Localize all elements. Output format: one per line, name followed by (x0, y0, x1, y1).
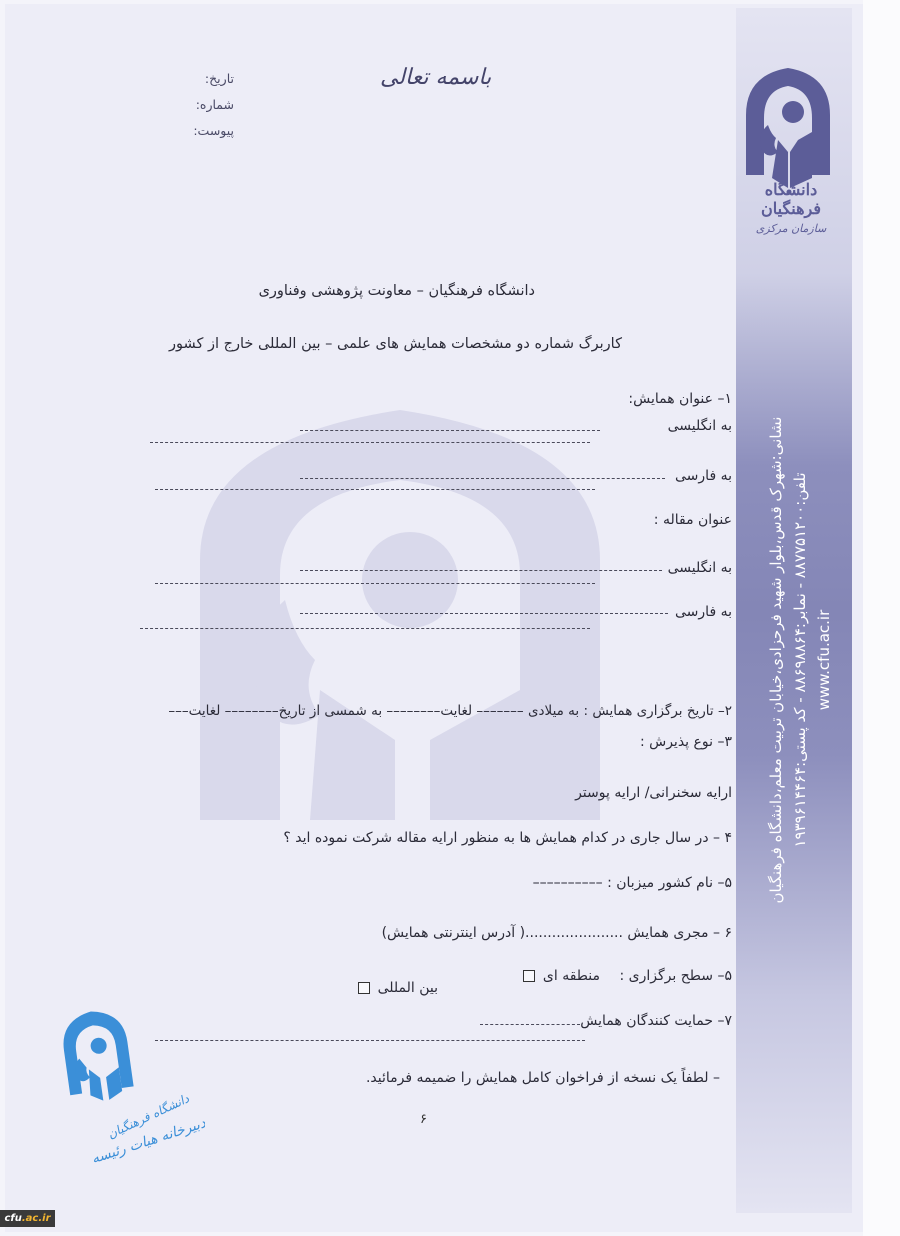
article-english-field-line2[interactable] (155, 583, 595, 584)
watermark-logo-icon (160, 400, 640, 820)
level-international-checkbox[interactable] (358, 982, 370, 994)
q3-label: ۳– نوع پذیرش : (640, 734, 732, 750)
q3-options: ارایه سخنرانی/ ارایه پوستر (575, 785, 732, 801)
invocation-heading: باسمه تعالی (380, 65, 491, 90)
article-farsi-field-line2[interactable] (140, 628, 590, 629)
site-badge-main: cfu (4, 1213, 21, 1224)
site-badge-suffix: .ac.ir (22, 1213, 51, 1224)
attachment-label: پیوست: (140, 118, 234, 144)
q7-sponsors-label: ۷– حمایت کنندگان همایش (580, 1013, 732, 1029)
site-badge[interactable]: cfu.ac.ir (0, 1210, 55, 1227)
number-label: شماره: (140, 92, 234, 118)
q1-farsi-field[interactable] (300, 478, 665, 479)
level-regional-label: منطقه ای (543, 968, 600, 984)
article-title-label: عنوان مقاله : (654, 512, 732, 528)
q7-sponsors-field-line1[interactable] (480, 1024, 580, 1025)
q5-country-label: ۵– نام کشور میزبان : –––––––––– (533, 875, 732, 891)
q1-english-field-line2[interactable] (150, 442, 590, 443)
q5-level-label: ۵– سطح برگزاری : (620, 968, 732, 984)
date-label: تاریخ: (140, 66, 234, 92)
article-english-label: به انگلیسی (668, 560, 732, 576)
attachment-note: – لطفاً یک نسخه از فراخوان کامل همایش را… (366, 1070, 720, 1086)
logo-caption: دانشگاه فرهنگیان سازمان مرکزی (736, 180, 846, 235)
level-regional-option[interactable]: منطقه ای (520, 968, 600, 984)
letter-meta: تاریخ: شماره: پیوست: (140, 66, 234, 144)
q1-farsi-label: به فارسی (675, 468, 732, 484)
q7-sponsors-field-line2[interactable] (155, 1040, 585, 1041)
q1-label: ۱– عنوان همایش: (628, 391, 732, 407)
website-text: www.cfu.ac.ir (812, 417, 836, 904)
article-farsi-field[interactable] (300, 613, 668, 614)
logo-subtitle: سازمان مرکزی (736, 222, 846, 235)
q6-organizer-label: ۶ – مجری همایش ......................( آ… (382, 925, 732, 941)
level-international-label: بین المللی (378, 980, 438, 996)
page-number: ۶ (420, 1112, 427, 1127)
article-farsi-label: به فارسی (675, 604, 732, 620)
q2-date-row: ۲– تاریخ برگزاری همایش : به میلادی –––––… (168, 703, 732, 719)
article-english-field[interactable] (300, 570, 662, 571)
level-regional-checkbox[interactable] (523, 970, 535, 982)
level-international-option[interactable]: بین المللی (355, 980, 438, 996)
q1-farsi-field-line2[interactable] (155, 489, 595, 490)
office-stamp-icon: دانشگاه فرهنگیان دبیرخانه هیات رئیسه (55, 1005, 205, 1165)
scan-margin (863, 0, 900, 1236)
q1-english-field[interactable] (300, 430, 600, 431)
q4-label: ۴ – در سال جاری در کدام همایش ها به منظو… (283, 830, 732, 846)
form-title: کاربرگ شماره دو مشخصات همایش های علمی – … (169, 336, 622, 352)
q1-english-label: به انگلیسی (668, 418, 732, 434)
phone-text: تلفن:۸۸۷۷۵۱۲۰۰ - نمابر:۸۸۶۹۸۸۶۴ - کد پست… (788, 417, 812, 904)
logo-name: دانشگاه فرهنگیان (736, 180, 846, 218)
document-title: دانشگاه فرهنگیان – معاونت پژوهشی وفناوری (259, 283, 535, 299)
sidebar-contact: نشانی:شهرک قدس،بلوار شهید فرحزادی،خیابان… (760, 380, 840, 940)
address-text: نشانی:شهرک قدس،بلوار شهید فرحزادی،خیابان… (764, 417, 788, 904)
